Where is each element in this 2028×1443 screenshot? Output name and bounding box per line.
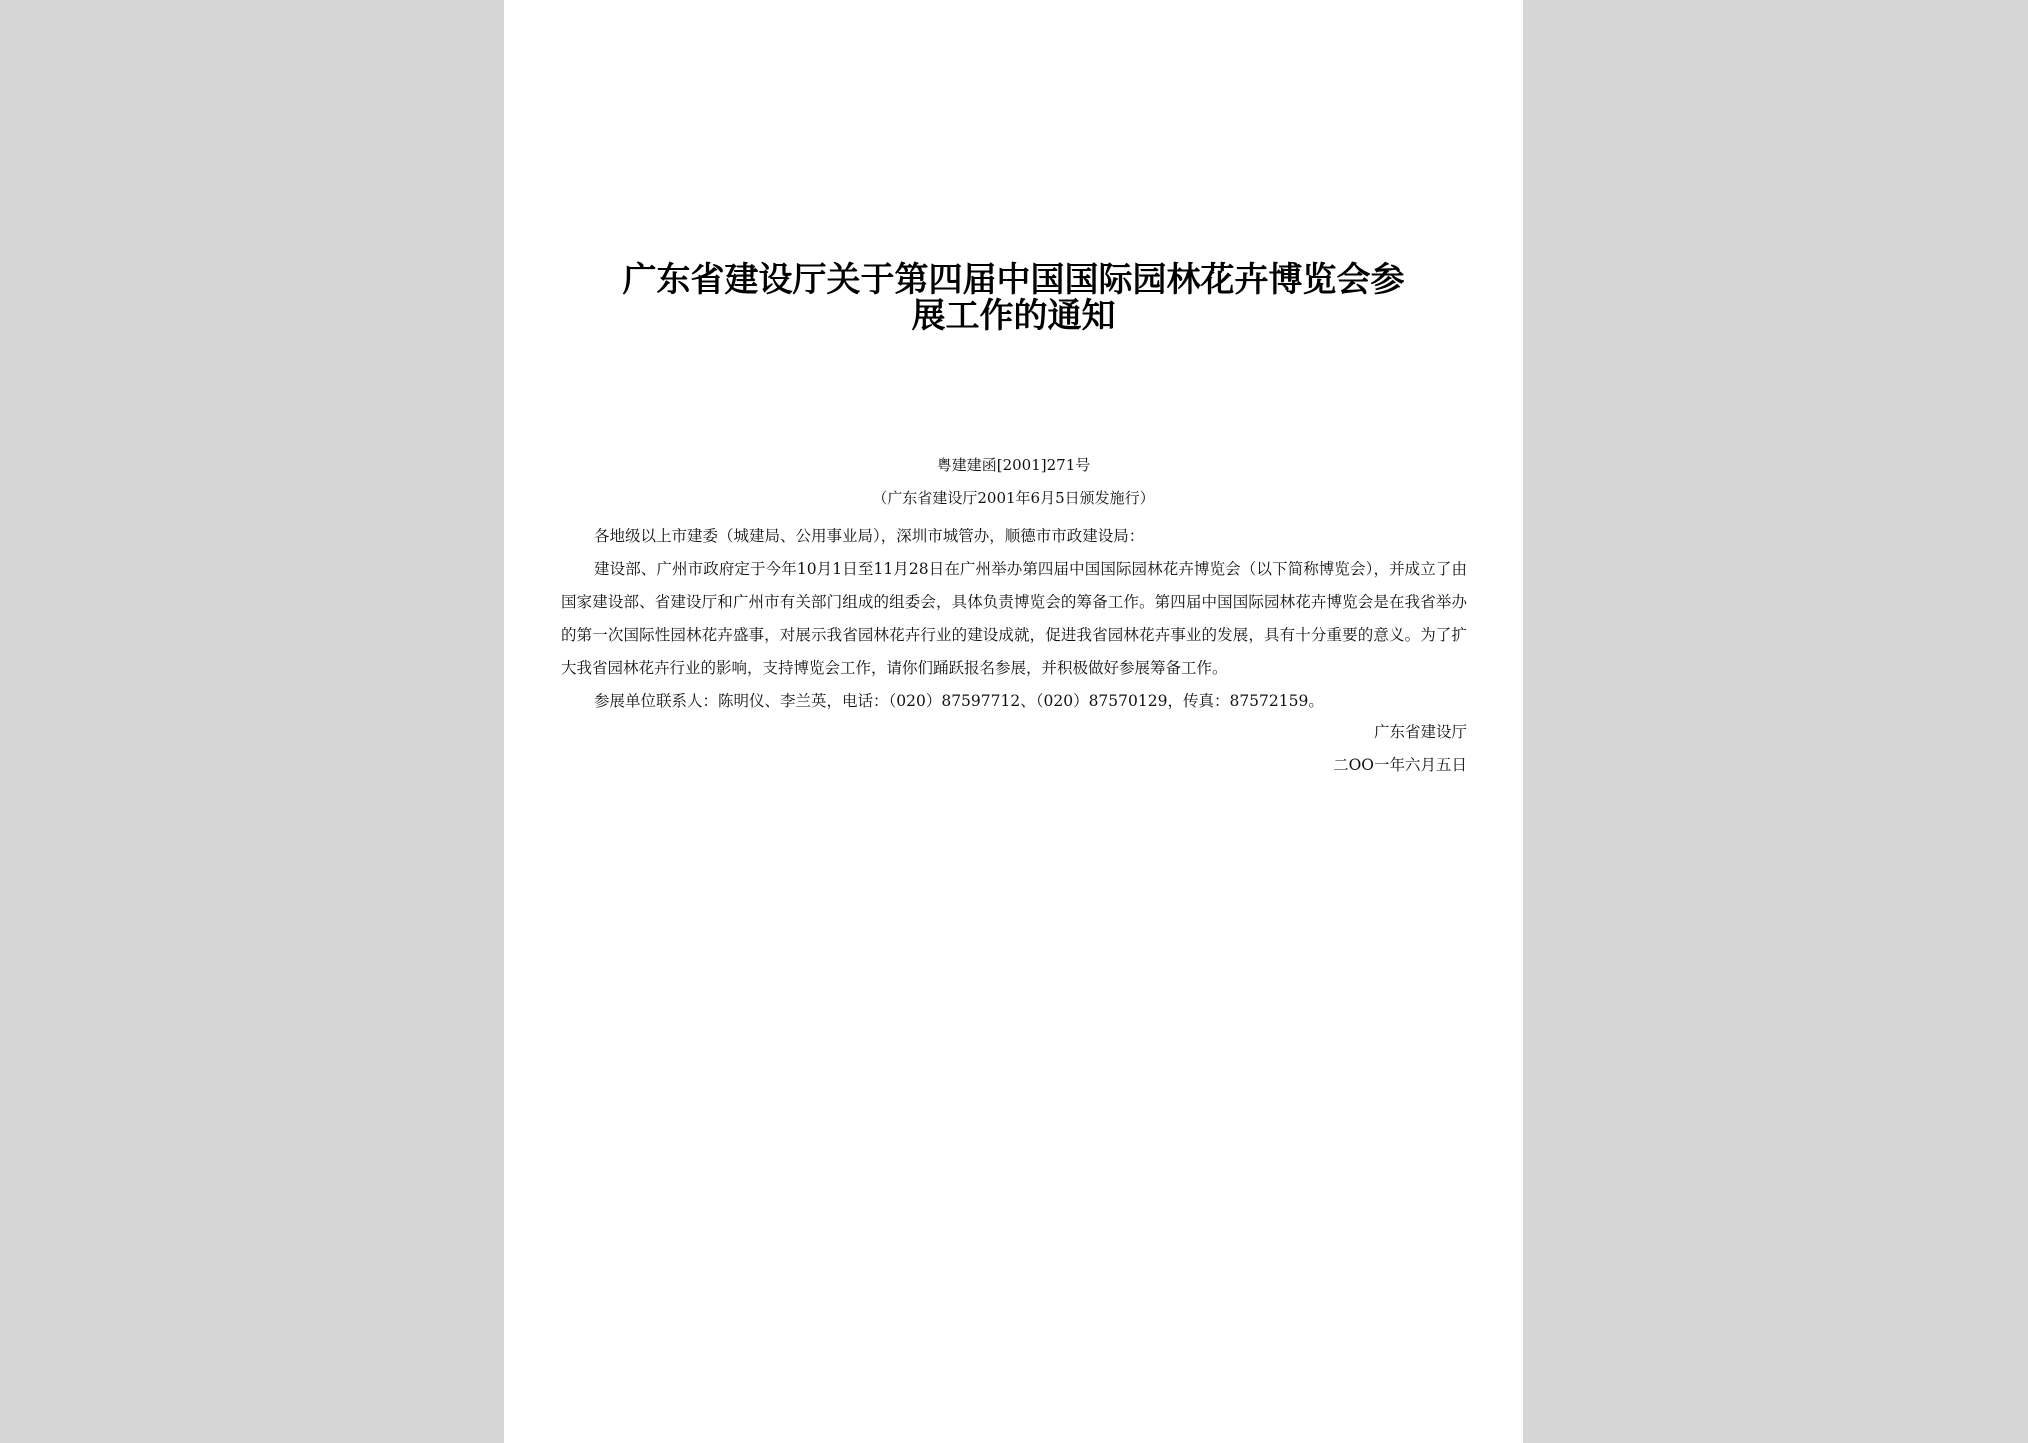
document-number: 粤建建函[2001]271号 xyxy=(504,455,1523,475)
title-line-2: 展工作的通知 xyxy=(504,298,1523,334)
issue-note: （广东省建设厅2001年6月5日颁发施行） xyxy=(504,488,1523,508)
paragraph-contacts: 参展单位联系人：陈明仪、李兰英，电话：（020）87597712、（020）87… xyxy=(561,685,1467,718)
title-line-1: 广东省建设厅关于第四届中国国际园林花卉博览会参 xyxy=(504,262,1523,298)
paragraph-addressees: 各地级以上市建委（城建局、公用事业局），深圳市城管办，顺德市市政建设局： xyxy=(561,520,1467,553)
document-body: 各地级以上市建委（城建局、公用事业局），深圳市城管办，顺德市市政建设局： 建设部… xyxy=(561,520,1467,718)
signature-block: 广东省建设厅 二OO一年六月五日 xyxy=(1333,716,1467,782)
document-page: 广东省建设厅关于第四届中国国际园林花卉博览会参 展工作的通知 粤建建函[2001… xyxy=(504,0,1523,1443)
paragraph-main: 建设部、广州市政府定于今年10月1日至11月28日在广州举办第四届中国国际园林花… xyxy=(561,553,1467,685)
signature-date: 二OO一年六月五日 xyxy=(1333,749,1467,782)
document-viewer: 广东省建设厅关于第四届中国国际园林花卉博览会参 展工作的通知 粤建建函[2001… xyxy=(0,0,2028,1443)
signature-issuer: 广东省建设厅 xyxy=(1333,716,1467,749)
document-title: 广东省建设厅关于第四届中国国际园林花卉博览会参 展工作的通知 xyxy=(504,262,1523,334)
